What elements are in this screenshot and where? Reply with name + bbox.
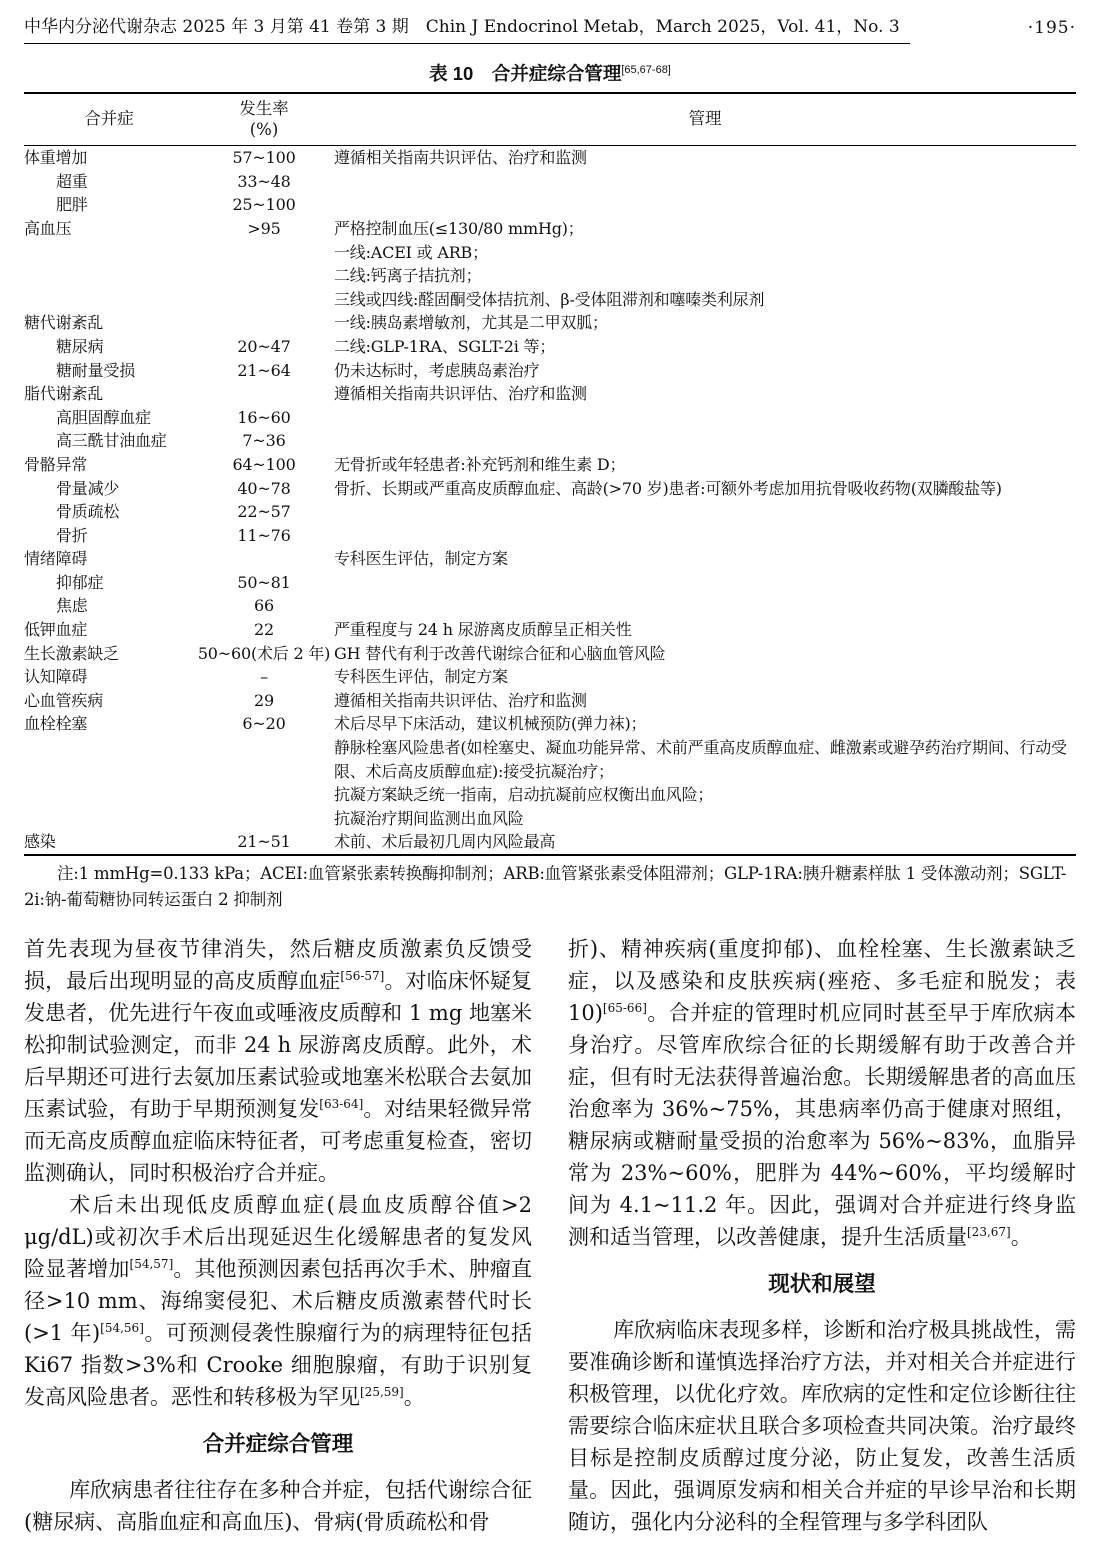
table-row: 糖尿病20~47二线:GLP-1RA、SGLT-2i 等； [24,335,1076,359]
complication-cell: 体重增加 [24,146,194,170]
reference-superscript: [23,67] [967,1225,1011,1239]
complication-cell: 血栓栓塞 [24,712,194,736]
complication-cell [24,241,194,265]
table-row: 骨质疏松22~57 [24,500,1076,524]
management-cell [334,571,1076,595]
management-cell [334,500,1076,524]
management-cell: 遵循相关指南共识评估、治疗和监测 [334,382,1076,406]
incidence-cell: 20~47 [194,335,334,359]
management-cell: 严格控制血压(≤130/80 mmHg)； [334,217,1076,241]
incidence-cell: 7~36 [194,429,334,453]
table-title-text: 表 10 合并症综合管理 [429,63,621,84]
incidence-cell: 21~64 [194,359,334,383]
complication-cell: 骨质疏松 [24,500,194,524]
management-cell: 抗凝方案缺乏统一指南，启动抗凝前应权衡出血风险； [334,783,1076,807]
complication-cell: 糖代谢紊乱 [24,311,194,335]
table-row: 糖代谢紊乱一线:胰岛素增敏剂，尤其是二甲双胍； [24,311,1076,335]
complication-cell: 心血管疾病 [24,689,194,713]
table-row: 骨量减少40~78骨折、长期或严重高皮质醇血症、高龄(>70 岁)患者:可额外考… [24,477,1076,501]
table-row: 感染21~51术前、术后最初几周内风险最高 [24,830,1076,855]
incidence-cell: 50~81 [194,571,334,595]
management-cell: 一线:胰岛素增敏剂，尤其是二甲双胍； [334,311,1076,335]
complication-cell: 糖尿病 [24,335,194,359]
management-cell: 二线:钙离子拮抗剂； [334,264,1076,288]
reference-superscript: [63-64] [319,1097,363,1111]
table-head: 合并症 发生率 (%) 管理 [24,93,1076,146]
body-columns: 首先表现为昼夜节律消失，然后糖皮质激素负反馈受损，最后出现明显的高皮质醇血症[5… [24,933,1076,1538]
complication-cell: 情绪障碍 [24,547,194,571]
management-cell: 无骨折或年轻患者:补充钙剂和维生素 D； [334,453,1076,477]
incidence-cell: 25~100 [194,193,334,217]
management-cell: 严重程度与 24 h 尿游离皮质醇呈正相关性 [334,618,1076,642]
page-number: ·195· [1028,17,1076,44]
incidence-cell [194,783,334,807]
complication-cell: 高血压 [24,217,194,241]
reference-superscript: [25,59] [360,1385,404,1399]
complication-cell: 超重 [24,170,194,194]
table-body: 体重增加57~100遵循相关指南共识评估、治疗和监测超重33~48肥胖25~10… [24,146,1076,855]
incidence-cell: 29 [194,689,334,713]
complication-cell: 骨折 [24,524,194,548]
complication-cell [24,264,194,288]
table-row: 肥胖25~100 [24,193,1076,217]
table-row: 糖耐量受损21~64仍未达标时，考虑胰岛素治疗 [24,359,1076,383]
incidence-cell: 66 [194,594,334,618]
table-header-row: 合并症 发生率 (%) 管理 [24,93,1076,146]
incidence-cell [194,264,334,288]
paragraph: 折)、精神疾病(重度抑郁)、血栓栓塞、生长激素缺乏症，以及感染和皮肤疾病(痤疮、… [568,933,1076,1253]
complication-cell: 焦虑 [24,594,194,618]
complication-cell [24,783,194,807]
table-title-references: [65,67-68] [621,64,671,76]
table-row: 血栓栓塞6~20术后尽早下床活动，建议机械预防(弹力袜)； [24,712,1076,736]
incidence-cell: – [194,665,334,689]
table-row: 抑郁症50~81 [24,571,1076,595]
management-cell: 遵循相关指南共识评估、治疗和监测 [334,689,1076,713]
reference-superscript: [56-57] [340,969,384,983]
complication-cell [24,736,194,783]
incidence-cell [194,547,334,571]
incidence-cell: >95 [194,217,334,241]
incidence-cell: 22 [194,618,334,642]
incidence-cell [194,382,334,406]
management-cell: 专科医生评估，制定方案 [334,547,1076,571]
table-row: 低钾血症22严重程度与 24 h 尿游离皮质醇呈正相关性 [24,618,1076,642]
management-cell: 骨折、长期或严重高皮质醇血症、高龄(>70 岁)患者:可额外考虑加用抗骨吸收药物… [334,477,1076,501]
journal-page: 中华内分泌代谢杂志 2025 年 3 月第 41 卷第 3 期 Chin J E… [0,0,1100,1538]
table-row: 骨折11~76 [24,524,1076,548]
management-cell: 静脉栓塞风险患者(如栓塞史、凝血功能异常、术前严重高皮质醇血症、雌激素或避孕药治… [334,736,1076,783]
table-row: 脂代谢紊乱遵循相关指南共识评估、治疗和监测 [24,382,1076,406]
table-row: 超重33~48 [24,170,1076,194]
table-row: 抗凝治疗期间监测出血风险 [24,807,1076,831]
table-row: 焦虑66 [24,594,1076,618]
incidence-cell: 22~57 [194,500,334,524]
running-head: 中华内分泌代谢杂志 2025 年 3 月第 41 卷第 3 期 Chin J E… [24,16,1076,44]
table-row: 高三酰甘油血症7~36 [24,429,1076,453]
complication-cell: 低钾血症 [24,618,194,642]
complication-cell: 抑郁症 [24,571,194,595]
col-header-incidence-line2: (%) [194,120,334,141]
col-header-complication: 合并症 [24,93,194,146]
management-cell: 一线:ACEI 或 ARB； [334,241,1076,265]
complication-cell: 认知障碍 [24,665,194,689]
management-cell [334,524,1076,548]
left-column: 首先表现为昼夜节律消失，然后糖皮质激素负反馈受损，最后出现明显的高皮质醇血症[5… [24,933,532,1538]
table-row: 一线:ACEI 或 ARB； [24,241,1076,265]
comorbidity-table: 合并症 发生率 (%) 管理 体重增加57~100遵循相关指南共识评估、治疗和监… [24,92,1076,856]
incidence-cell [194,288,334,312]
complication-cell: 高三酰甘油血症 [24,429,194,453]
col-header-management: 管理 [334,93,1076,146]
paragraph: 首先表现为昼夜节律消失，然后糖皮质激素负反馈受损，最后出现明显的高皮质醇血症[5… [24,933,532,1189]
table-row: 生长激素缺乏50~60(术后 2 年)GH 替代有利于改善代谢综合征和心脑血管风… [24,642,1076,666]
management-cell: 抗凝治疗期间监测出血风险 [334,807,1076,831]
incidence-cell: 21~51 [194,830,334,855]
section-heading-status-outlook: 现状和展望 [568,1268,1076,1300]
incidence-cell [194,807,334,831]
complication-cell: 高胆固醇血症 [24,406,194,430]
table-row: 体重增加57~100遵循相关指南共识评估、治疗和监测 [24,146,1076,170]
reference-superscript: [54,57] [130,1257,174,1271]
paragraph: 术后未出现低皮质醇血症(晨血皮质醇谷值>2 μg/dL)或初次手术后出现延迟生化… [24,1189,532,1413]
table-row: 二线:钙离子拮抗剂； [24,264,1076,288]
table-title: 表 10 合并症综合管理[65,67-68] [24,60,1076,86]
table-row: 高血压>95严格控制血压(≤130/80 mmHg)； [24,217,1076,241]
management-cell [334,406,1076,430]
incidence-cell: 16~60 [194,406,334,430]
management-cell: 三线或四线:醛固酮受体拮抗剂、β-受体阻滞剂和噻嗪类利尿剂 [334,288,1076,312]
incidence-cell [194,241,334,265]
col-header-incidence-line1: 发生率 [194,99,334,120]
incidence-cell: 6~20 [194,712,334,736]
management-cell [334,170,1076,194]
incidence-cell: 57~100 [194,146,334,170]
complication-cell: 感染 [24,830,194,855]
management-cell: 二线:GLP-1RA、SGLT-2i 等； [334,335,1076,359]
management-cell: 仍未达标时，考虑胰岛素治疗 [334,359,1076,383]
table-row: 静脉栓塞风险患者(如栓塞史、凝血功能异常、术前严重高皮质醇血症、雌激素或避孕药治… [24,736,1076,783]
paragraph: 库欣病患者往往存在多种合并症，包括代谢综合征(糖尿病、高脂血症和高血压)、骨病(… [24,1474,532,1538]
management-cell: 遵循相关指南共识评估、治疗和监测 [334,146,1076,170]
table-row: 高胆固醇血症16~60 [24,406,1076,430]
complication-cell: 骨骼异常 [24,453,194,477]
complication-cell: 脂代谢紊乱 [24,382,194,406]
paragraph: 库欣病临床表现多样，诊断和治疗极具挑战性，需要准确诊断和谨慎选择治疗方法，并对相… [568,1314,1076,1538]
management-cell [334,193,1076,217]
table-row: 认知障碍–专科医生评估，制定方案 [24,665,1076,689]
journal-info: 中华内分泌代谢杂志 2025 年 3 月第 41 卷第 3 期 Chin J E… [24,16,910,44]
management-cell: 术后尽早下床活动，建议机械预防(弹力袜)； [334,712,1076,736]
incidence-cell: 50~60(术后 2 年) [194,642,334,666]
incidence-cell: 33~48 [194,170,334,194]
section-heading-comorbidity-management: 合并症综合管理 [24,1428,532,1460]
table-row: 三线或四线:醛固酮受体拮抗剂、β-受体阻滞剂和噻嗪类利尿剂 [24,288,1076,312]
incidence-cell [194,311,334,335]
complication-cell: 肥胖 [24,193,194,217]
incidence-cell: 64~100 [194,453,334,477]
table-note: 注:1 mmHg=0.133 kPa；ACEI:血管紧张素转换酶抑制剂；ARB:… [24,861,1076,913]
table-row: 情绪障碍专科医生评估，制定方案 [24,547,1076,571]
complication-cell: 骨量减少 [24,477,194,501]
complication-cell [24,288,194,312]
reference-superscript: [54,56] [100,1321,144,1335]
complication-cell [24,807,194,831]
table-row: 抗凝方案缺乏统一指南，启动抗凝前应权衡出血风险； [24,783,1076,807]
incidence-cell [194,736,334,783]
management-cell: GH 替代有利于改善代谢综合征和心脑血管风险 [334,642,1076,666]
reference-superscript: [65-66] [603,1001,647,1015]
management-cell [334,429,1076,453]
management-cell [334,594,1076,618]
management-cell: 专科医生评估，制定方案 [334,665,1076,689]
table-row: 心血管疾病29遵循相关指南共识评估、治疗和监测 [24,689,1076,713]
incidence-cell: 11~76 [194,524,334,548]
incidence-cell: 40~78 [194,477,334,501]
management-cell: 术前、术后最初几周内风险最高 [334,830,1076,855]
complication-cell: 糖耐量受损 [24,359,194,383]
complication-cell: 生长激素缺乏 [24,642,194,666]
table-row: 骨骼异常64~100无骨折或年轻患者:补充钙剂和维生素 D； [24,453,1076,477]
right-column: 折)、精神疾病(重度抑郁)、血栓栓塞、生长激素缺乏症，以及感染和皮肤疾病(痤疮、… [568,933,1076,1538]
col-header-incidence: 发生率 (%) [194,93,334,146]
